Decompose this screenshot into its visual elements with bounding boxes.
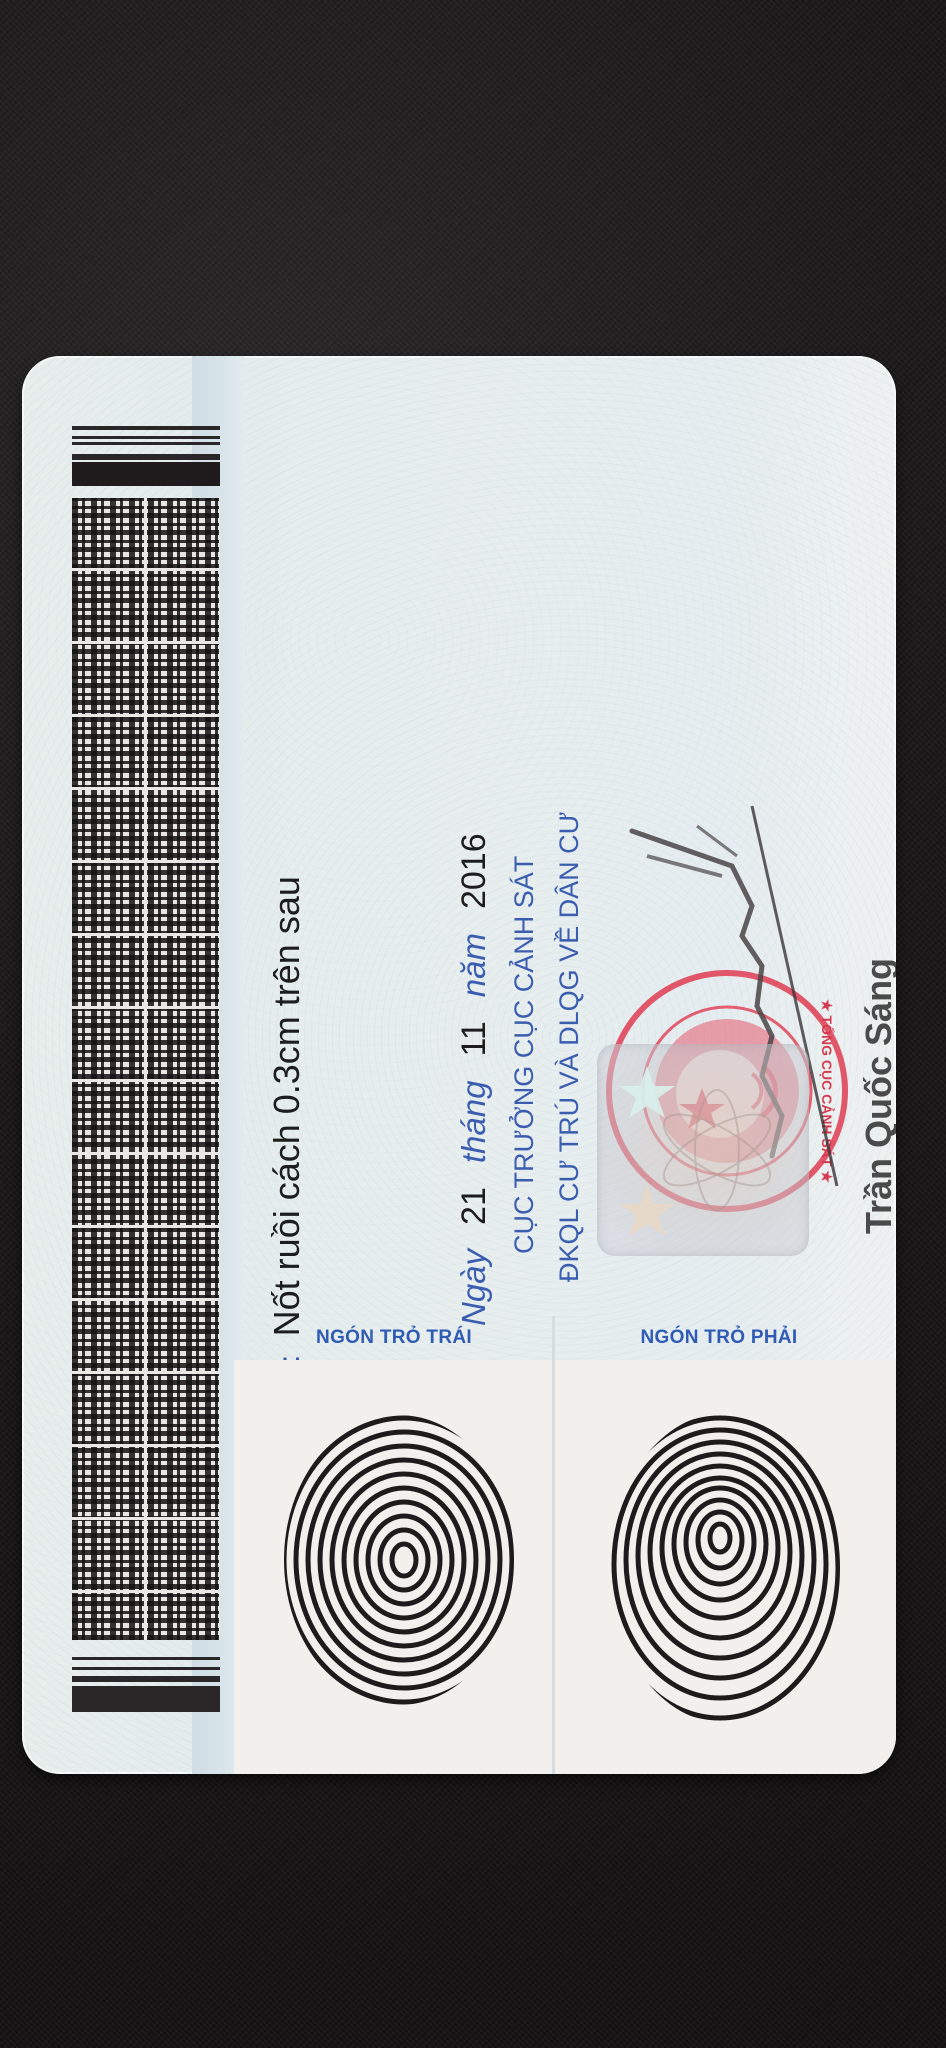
barcode-guard-bottom bbox=[72, 1640, 220, 1712]
identifying-features-line1: Nốt ruồi cách 0.3cm trên sau bbox=[266, 876, 307, 1336]
day-label: Ngày bbox=[455, 1249, 492, 1326]
signer-name: Trần Quốc Sáng bbox=[858, 958, 896, 1234]
barcode-guard-top bbox=[72, 426, 220, 498]
issuer-line1: CỤC TRƯỞNG CỤC CẢNH SÁT bbox=[509, 856, 540, 1254]
year-label: năm bbox=[455, 933, 492, 997]
issue-date: Ngày21tháng11năm2016 bbox=[455, 809, 494, 1326]
hologram-star-icon bbox=[597, 1044, 809, 1256]
left-index-label: NGÓN TRỎ TRÁI bbox=[234, 1316, 554, 1360]
day-value: 21 bbox=[455, 1187, 493, 1225]
month-label: tháng bbox=[455, 1081, 492, 1164]
id-card: Đặc điểm nhận dạng: Nốt ruồi cách 0.3cm … bbox=[22, 356, 896, 1774]
year-value: 2016 bbox=[455, 833, 493, 909]
right-index-fingerprint bbox=[555, 1360, 896, 1774]
left-index-fingerprint bbox=[234, 1360, 552, 1774]
right-index-label: NGÓN TRỎ PHẢI bbox=[554, 1316, 884, 1360]
2d-barcode-icon bbox=[72, 426, 220, 1712]
issuer-line2: ĐKQL CƯ TRÚ VÀ DLQG VỀ DÂN CƯ bbox=[554, 811, 585, 1282]
month-value: 11 bbox=[455, 1021, 493, 1056]
